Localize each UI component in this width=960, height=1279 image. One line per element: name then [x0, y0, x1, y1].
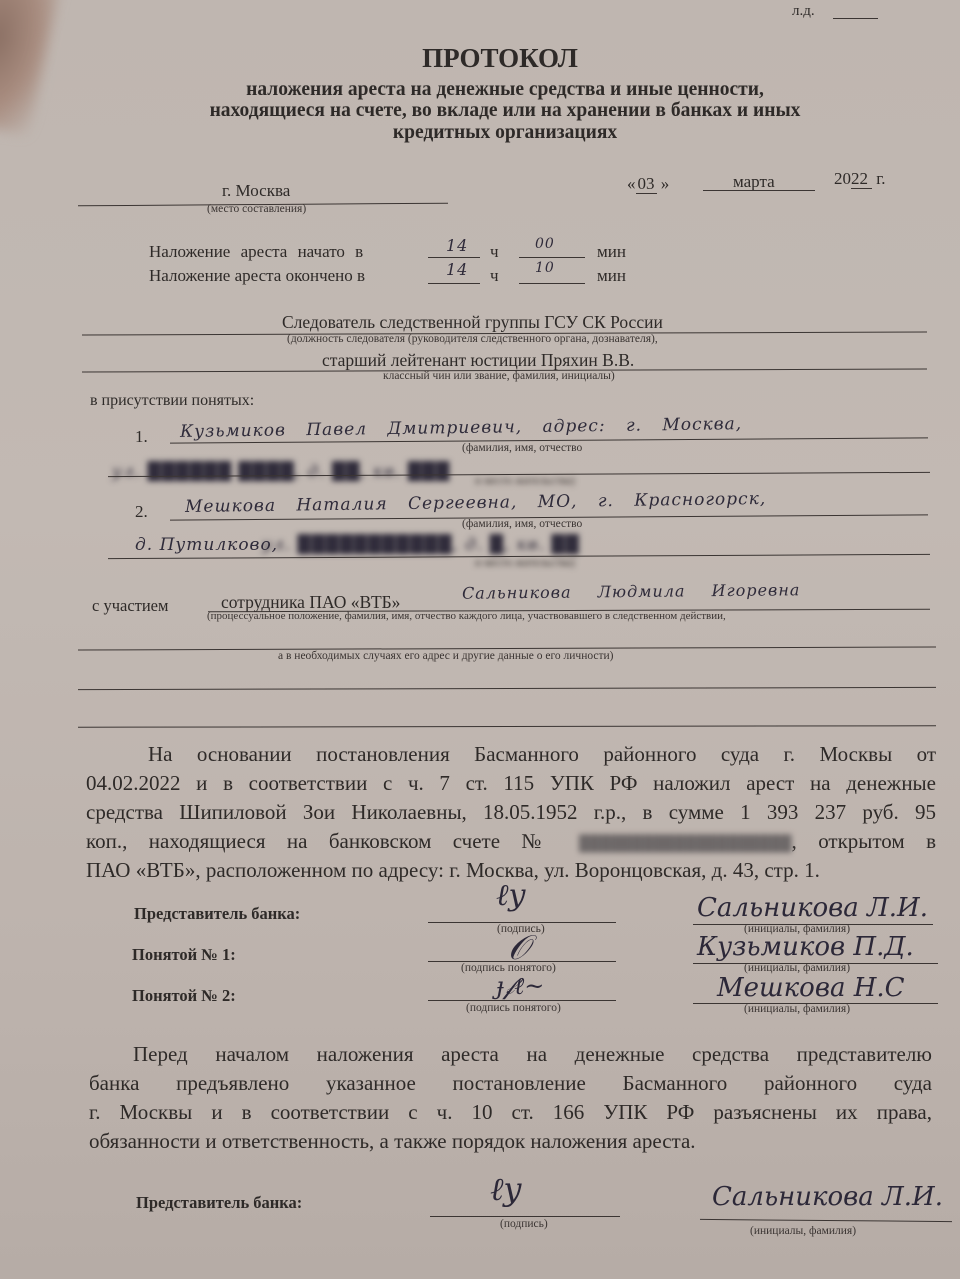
case-number-prefix: л.д.	[792, 3, 815, 19]
witness-2-signature-caption: (подпись понятого)	[466, 1002, 561, 1014]
participant-name: Сальникова Людмила Игоревна	[462, 580, 801, 603]
main-paragraph-row-4: коп., находящиеся на банковском счете № …	[86, 827, 936, 856]
second-paragraph-row-1: Перед началом наложения ареста на денежн…	[89, 1040, 932, 1069]
start-minutes-unit: мин	[597, 242, 626, 262]
quote-close: »	[661, 174, 670, 193]
witness-2-name: Мешкова Наталия Сергеевна, МО, г. Красно…	[185, 489, 766, 517]
end-minutes-line	[519, 283, 585, 284]
second-paragraph-row-3: г. Москвы и в соответствии с ч. 10 ст. 1…	[89, 1098, 932, 1127]
witness-2-sign-label: Понятой № 2:	[132, 986, 236, 1006]
bank-rep-2-name-line	[700, 1219, 952, 1222]
end-hours-unit: ч	[490, 266, 499, 286]
witness-1-sign-label: Понятой № 1:	[132, 945, 236, 965]
end-minutes-unit: мин	[597, 266, 626, 286]
start-minutes: 00	[535, 236, 555, 252]
witness-1-caption: (фамилия, имя, отчество	[462, 442, 582, 454]
bank-rep-2-name-caption: (инициалы, фамилия)	[750, 1225, 856, 1237]
participant-line-4	[78, 725, 936, 727]
participant-caption-2: а в необходимых случаях его адрес и друг…	[278, 650, 614, 662]
officer-rank-name: старший лейтенант юстиции Пряхин В.В.	[322, 350, 634, 371]
account-suffix: открытом в	[818, 829, 936, 853]
participant-label: с участием	[92, 596, 168, 616]
witness-2-caption: (фамилия, имя, отчество	[462, 518, 582, 530]
date-month: марта	[733, 172, 775, 192]
witness-2-name: Мешкова Н.С	[717, 973, 905, 1003]
start-hours-line	[428, 257, 480, 258]
witness-1-address-redacted: ул. ██████ ████, д. ██, кв. ███	[112, 462, 450, 482]
year-prefix: 20	[834, 169, 851, 188]
officer-rank-caption: классный чин или звание, фамилия, инициа…	[383, 370, 615, 382]
subtitle-line-2: находящиеся на счете, во вкладе или на х…	[0, 100, 960, 122]
witness-2-address-caption: и место жительства)	[475, 557, 575, 569]
witnesses-label: в присутствии понятых:	[90, 392, 254, 410]
place-caption: (место составления)	[207, 203, 306, 215]
start-minutes-line	[519, 257, 585, 258]
year-suffix: 22	[851, 169, 872, 189]
officer-position-caption: (должность следователя (руководителя сле…	[287, 333, 658, 345]
place-value: г. Москва	[222, 181, 290, 201]
witness-1-address-caption: и место жительства)	[475, 475, 575, 487]
start-hours-unit: ч	[490, 242, 499, 262]
second-paragraph: Перед началом наложения ареста на денежн…	[89, 1040, 932, 1156]
participant-caption-1: (процессуальное положение, фамилия, имя,…	[207, 610, 726, 622]
witness-2-address-redacted: ул. ███████████, д. █, кв. ██	[262, 535, 580, 555]
end-hours-line	[428, 283, 480, 284]
witness-1-name: Кузьмиков П.Д.	[697, 932, 914, 962]
case-number-label: л.д.	[792, 3, 815, 20]
quote-open: «	[627, 174, 636, 193]
witness-2-address: д. Путилково,	[135, 535, 278, 555]
witness-2-number: 2.	[135, 502, 148, 522]
date-month-line	[703, 190, 815, 191]
bank-rep-2-signature: ℓу	[490, 1170, 522, 1208]
second-paragraph-row-2: банка предъявлено указанное постановлени…	[89, 1069, 932, 1098]
witness-2-name-caption: (инициалы, фамилия)	[744, 1003, 850, 1015]
subtitle-line-3: кредитных организациях	[0, 122, 960, 144]
end-label: Наложение ареста окончено в	[149, 266, 365, 286]
officer-position: Следователь следственной группы ГСУ СК Р…	[282, 312, 663, 333]
case-number-line	[833, 18, 878, 19]
account-number-redacted: ████████████████████	[579, 836, 792, 852]
bank-rep-name: Сальникова Л.И.	[697, 893, 928, 923]
start-label: Наложение ареста начато в	[149, 242, 363, 262]
account-prefix: коп., находящиеся на банковском счете №	[86, 829, 558, 853]
witness-1-name: Кузьмиков Павел Дмитриевич, адрес: г. Мо…	[180, 414, 742, 442]
main-paragraph-row-1: На основании постановления Басманного ра…	[86, 740, 936, 769]
bank-rep-2-name: Сальникова Л.И.	[712, 1182, 943, 1212]
witness-1-number: 1.	[135, 427, 148, 447]
participant-line-3	[78, 687, 936, 690]
bank-rep-2-signature-caption: (подпись)	[500, 1218, 548, 1230]
second-paragraph-row-4: обязанности и ответственность, а также п…	[89, 1127, 932, 1156]
main-paragraph: На основании постановления Басманного ра…	[86, 740, 936, 885]
document-title: ПРОТОКОЛ	[0, 43, 960, 74]
date-year: 2022 г.	[834, 169, 886, 189]
subtitle-line-1: наложения ареста на денежные средства и …	[0, 79, 960, 101]
bank-rep-signature: ℓу	[496, 878, 526, 913]
start-hours: 14	[446, 236, 468, 255]
bank-rep-2-signature-line	[430, 1216, 620, 1217]
main-paragraph-row-2: 04.02.2022 и в соответствии с ч. 7 ст. 1…	[86, 769, 936, 798]
date-day-field: «03 »	[627, 174, 669, 194]
witness-2-signature: ɟ𝒻ℓ~	[496, 972, 544, 1001]
main-paragraph-row-3: средства Шипиловой Зои Николаевны, 18.05…	[86, 798, 936, 827]
year-unit: г.	[876, 169, 885, 188]
date-day: 03	[636, 174, 657, 194]
bank-rep-label: Представитель банка:	[134, 904, 300, 924]
end-hours: 14	[446, 260, 468, 279]
end-minutes: 10	[535, 260, 555, 276]
bank-rep-2-label: Представитель банка:	[136, 1193, 302, 1213]
